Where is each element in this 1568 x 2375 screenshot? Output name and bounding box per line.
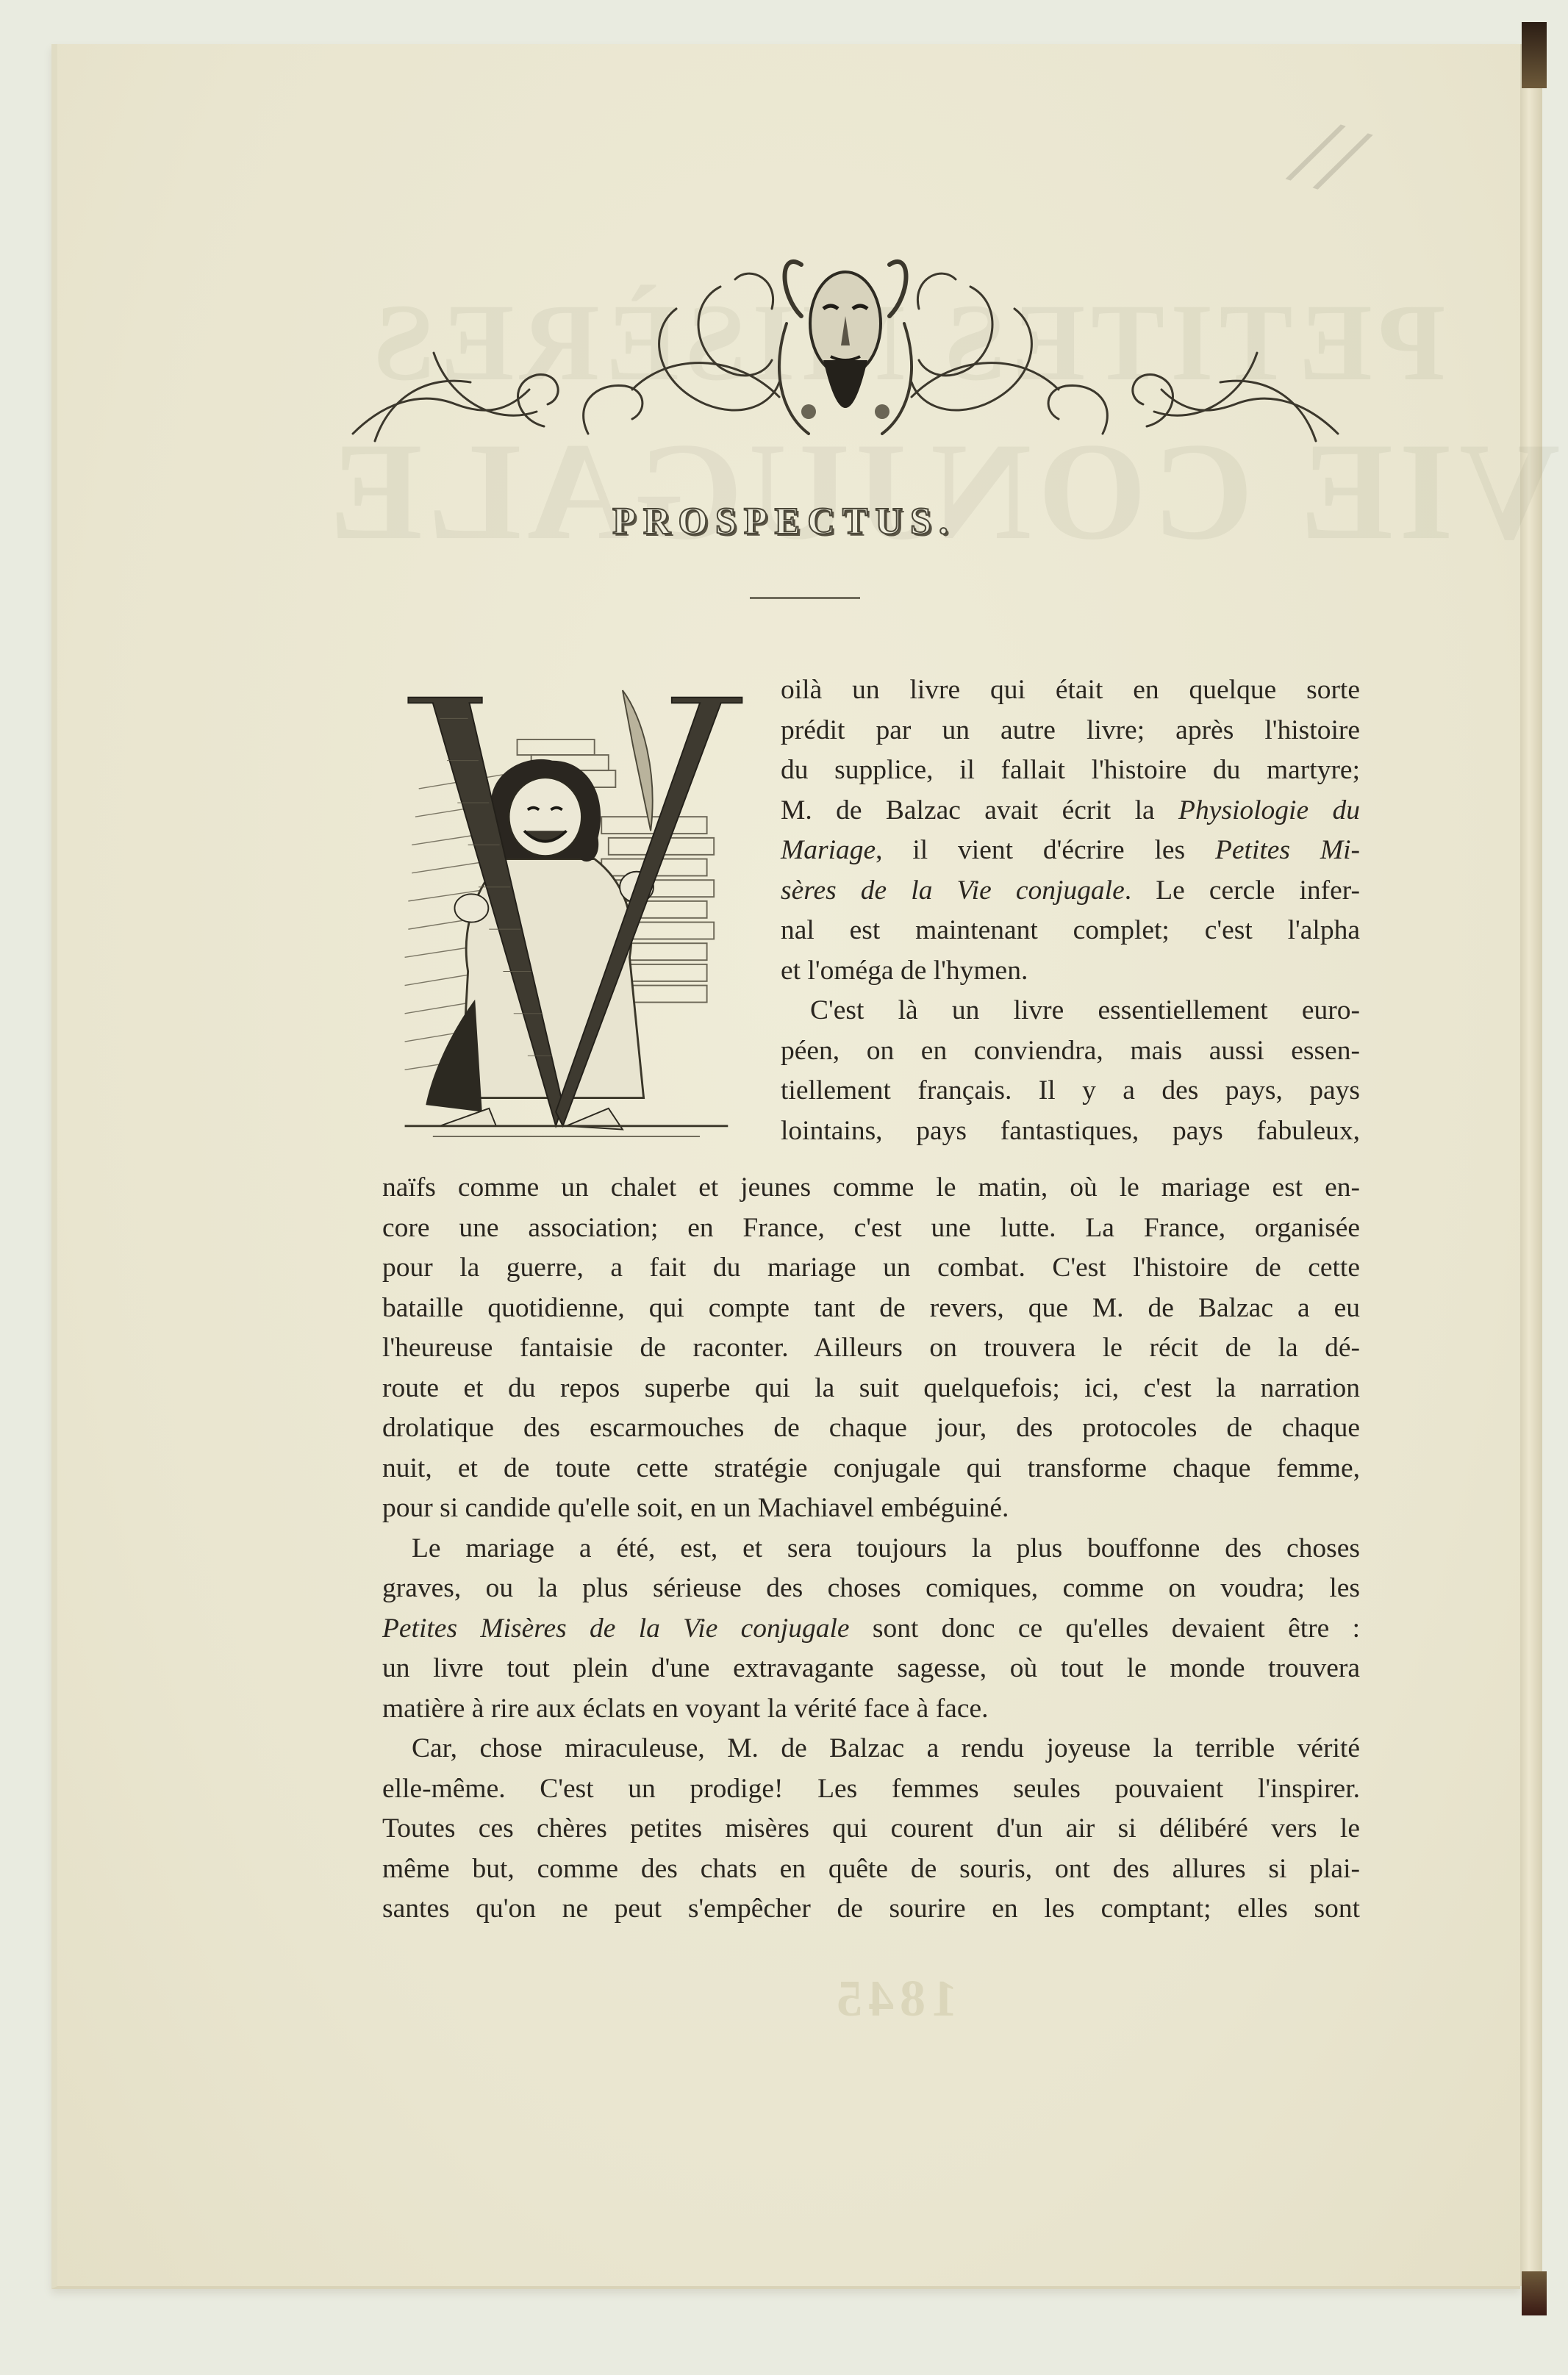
text-line: et l'oméga de l'hymen. bbox=[781, 951, 1360, 992]
text-line: nal est maintenant complet; c'est l'alph… bbox=[781, 911, 1360, 951]
text-line: drolatique des escarmouches de chaque jo… bbox=[382, 1408, 1360, 1449]
text-line: du supplice, il fallait l'histoire du ma… bbox=[781, 751, 1360, 791]
text-line: santes qu'on ne peut s'empêcher de souri… bbox=[382, 1889, 1360, 1930]
text-line: prédit par un autre livre; après l'histo… bbox=[781, 711, 1360, 751]
headpiece-ornament-icon bbox=[323, 235, 1367, 456]
drop-cap-illustration-icon bbox=[390, 676, 757, 1154]
binding-bottom bbox=[1522, 2271, 1547, 2315]
text-line: naïfs comme un chalet et jeunes comme le… bbox=[382, 1168, 1360, 1208]
column-text: oilà un livre qui était en quelque sorte… bbox=[781, 670, 1360, 1151]
text-line: même but, comme des chats en quête de so… bbox=[382, 1849, 1360, 1890]
text-line: bataille quotidienne, qui compte tant de… bbox=[382, 1289, 1360, 1329]
text-line: nuit, et de toute cette stratégie conjug… bbox=[382, 1449, 1360, 1489]
text-line: core une association; en France, c'est u… bbox=[382, 1208, 1360, 1249]
show-through-year: 1845 bbox=[831, 1970, 957, 2029]
title-divider bbox=[750, 597, 860, 599]
text-line: tiellement français. Il y a des pays, pa… bbox=[781, 1071, 1360, 1111]
text-line: pour la guerre, a fait du mariage un com… bbox=[382, 1248, 1360, 1289]
text-line: route et du repos superbe qui la suit qu… bbox=[382, 1369, 1360, 1409]
page-edge bbox=[1520, 44, 1542, 2286]
text-line: matière à rire aux éclats en voyant la v… bbox=[382, 1689, 1360, 1730]
text-line: oilà un livre qui était en quelque sorte bbox=[781, 670, 1360, 711]
text-line: Le mariage a été, est, et sera toujours … bbox=[382, 1529, 1360, 1569]
body-text: naïfs comme un chalet et jeunes comme le… bbox=[382, 1168, 1360, 1930]
text-line: péen, on en conviendra, mais aussi essen… bbox=[781, 1031, 1360, 1072]
binding-top bbox=[1522, 22, 1547, 88]
text-line: M. de Balzac avait écrit la Physiologie … bbox=[781, 791, 1360, 831]
text-line: lointains, pays fantastiques, pays fabul… bbox=[781, 1111, 1360, 1152]
text-line: Car, chose miraculeuse, M. de Balzac a r… bbox=[382, 1729, 1360, 1769]
text-line: elle-même. C'est un prodige! Les femmes … bbox=[382, 1769, 1360, 1810]
text-line: un livre tout plein d'une extravagante s… bbox=[382, 1649, 1360, 1689]
text-line: sères de la Vie conjugale. Le cercle inf… bbox=[781, 871, 1360, 911]
text-line: Toutes ces chères petites misères qui co… bbox=[382, 1809, 1360, 1849]
text-line: Petites Misères de la Vie conjugale sont… bbox=[382, 1609, 1360, 1649]
text-line: pour si candide qu'elle soit, en un Mach… bbox=[382, 1489, 1360, 1529]
text-line: graves, ou la plus sérieuse des choses c… bbox=[382, 1569, 1360, 1609]
page-title: PROSPECTUS. bbox=[0, 500, 1568, 543]
text-line: Mariage, il vient d'écrire les Petites M… bbox=[781, 831, 1360, 871]
text-line: l'heureuse fantaisie de raconter. Ailleu… bbox=[382, 1328, 1360, 1369]
text-line: C'est là un livre essentiellement euro- bbox=[781, 991, 1360, 1031]
